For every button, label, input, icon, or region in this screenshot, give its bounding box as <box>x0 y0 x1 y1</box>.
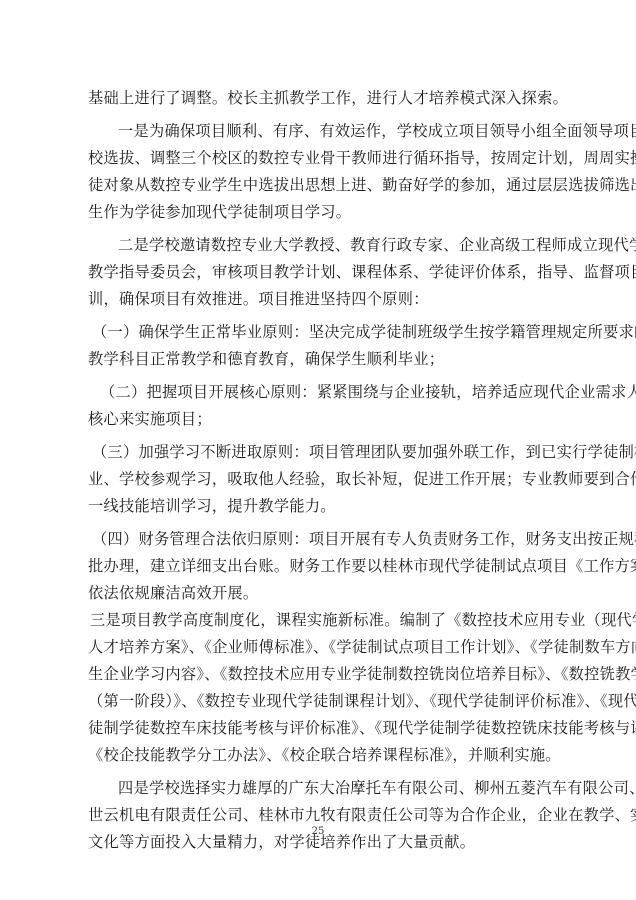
text-line: （四）财务管理合法依归原则：项目开展有专人负责财务工作，财务支出按正规程序审 <box>92 529 552 549</box>
text-line: 一是为确保项目顺利、有序、有效运作，学校成立项目领导小组全面领导项目进展。学 <box>118 121 552 141</box>
text-line: 教学指导委员会，审核项目教学计划、课程体系、学徒评价体系，指导、监督项目教学、实 <box>88 262 552 282</box>
text-line: 二是学校邀请数控专业大学教授、教育行政专家、企业高级工程师成立现代学徒制项目 <box>118 235 552 255</box>
text-line: 《校企技能教学分工办法》、《校企联合培养课程标准》，并顺利实施。 <box>88 745 552 765</box>
page-number: 25 <box>0 826 636 837</box>
text-line: 世云机电有限责任公司、桂林市九牧有限责任公司等为合作企业，企业在教学、实训、企业 <box>88 805 552 825</box>
text-line: 生企业学习内容》、《数控技术应用专业学徒制数控铣岗位培养目标》、《数控铣教学内容 <box>88 664 552 684</box>
text-line: 四是学校选择实力雄厚的广东大冶摩托车有限公司、柳州五菱汽车有限公司、桂林市 <box>118 778 552 798</box>
text-line: （二）把握项目开展核心原则：紧紧围绕与企业接轨，培养适应现代企业需求人才这个 <box>100 382 552 402</box>
text-line: 徒对象从数控专业学生中选拔出思想上进、勤奋好学的参加，通过层层选拔筛选出 25 … <box>88 175 552 195</box>
text-line: 教学科目正常教学和德育教育，确保学生顺利毕业； <box>88 349 552 369</box>
text-line: 业、学校参观学习，吸取他人经验，取长补短，促进工作开展；专业教师要到合作企业进行 <box>88 469 552 489</box>
text-line: 基础上进行了调整。校长主抓教学工作，进行人才培养模式深入探索。 <box>88 88 552 108</box>
text-line: （第一阶段）》、《数控专业现代学徒制课程计划》、《现代学徒制评价标准》、《现代学 <box>88 691 552 711</box>
text-line: （三）加强学习不断进取原则：项目管理团队要加强外联工作，到已实行学徒制相关企 <box>92 442 552 462</box>
text-line: 三是项目教学高度制度化，课程实施新标准。编制了《数控技术应用专业（现代学徒制） <box>90 610 552 630</box>
text-line: 校选拔、调整三个校区的数控专业骨干教师进行循环指导，按周定计划，周周实操测试。学 <box>88 148 552 168</box>
text-line: 核心来实施项目； <box>88 409 552 429</box>
text-line: 一线技能培训学习，提升教学能力。 <box>88 496 552 516</box>
text-line: 批办理，建立详细支出台账。财务工作要以桂林市现代学徒制试点项目《工作方案》为指导… <box>88 556 552 576</box>
text-line: 人才培养方案》、《企业师傅标准》、《学徒制试点项目工作计划》、《学徒制数车方向学 <box>88 637 552 657</box>
text-line: 训，确保项目有效推进。项目推进坚持四个原则： <box>88 289 552 309</box>
text-line: 徒制学徒数控车床技能考核与评价标准》、《现代学徒制学徒数控铣床技能考核与评价标准… <box>88 718 552 738</box>
text-line: 生作为学徒参加现代学徒制项目学习。 <box>88 202 552 222</box>
document-page: 基础上进行了调整。校长主抓教学工作，进行人才培养模式深入探索。一是为确保项目顺利… <box>0 0 636 900</box>
text-line: 依法依规廉洁高效开展。 <box>88 583 552 603</box>
text-line: （一）确保学生正常毕业原则：坚决完成学徒制班级学生按学籍管理规定所要求的中职 <box>92 322 552 342</box>
